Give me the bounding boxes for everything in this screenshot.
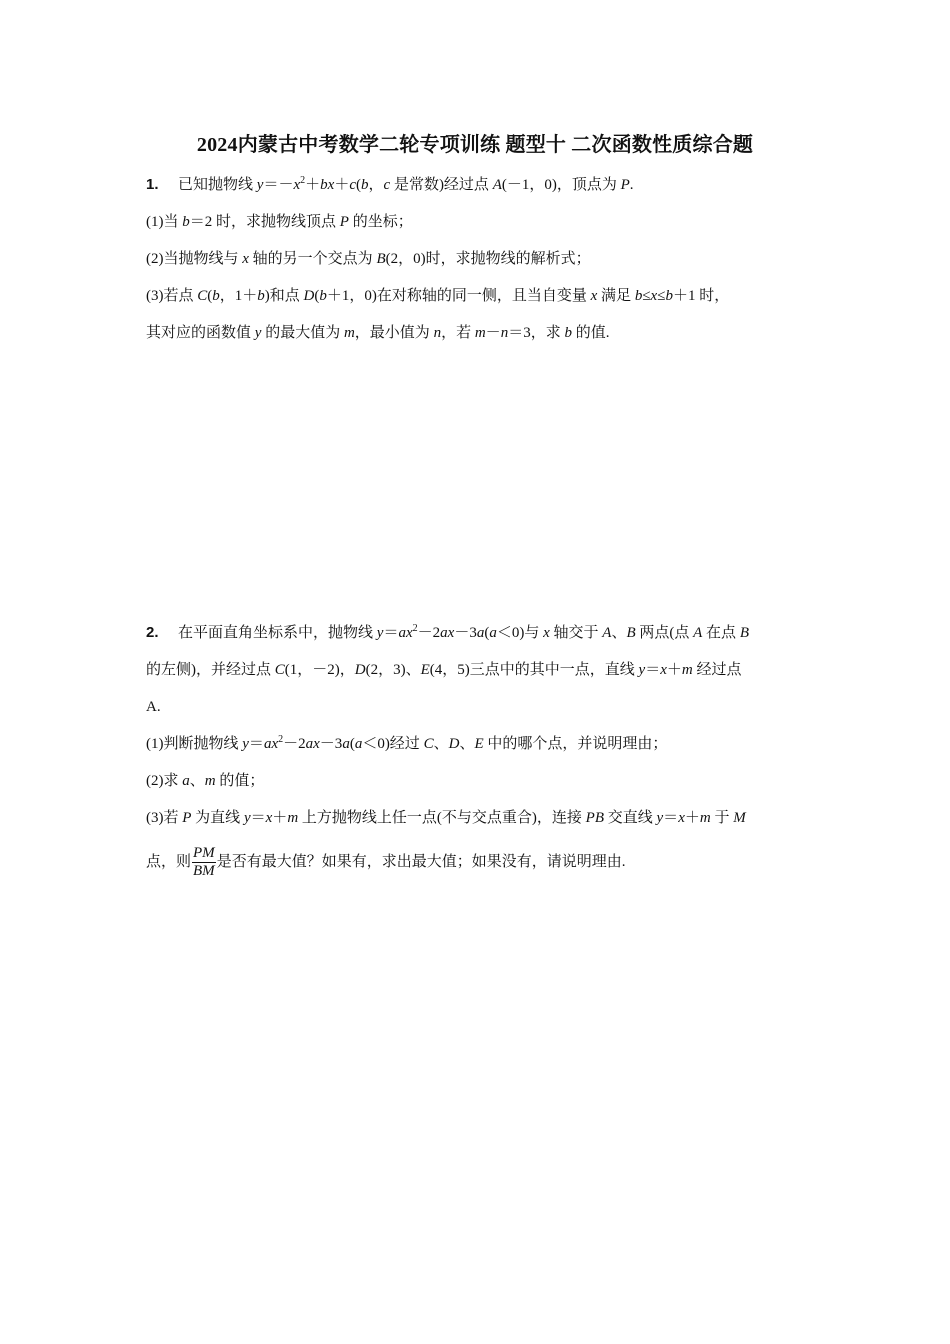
fraction-pm-bm: PMBM — [192, 845, 216, 880]
problem-2-stem-end: A. — [146, 697, 161, 717]
problem-2-part-1: (1)判断抛物线 y＝ax2－2ax－3a(a＜0)经过 C、D、E 中的哪个点… — [146, 734, 667, 754]
problem-2-stem-cont: 的左侧)，并经过点 C(1，－2)，D(2，3)、E(4，5)三点中的其中一点，… — [146, 660, 742, 680]
document-title: 2024内蒙古中考数学二轮专项训练 题型十 二次函数性质综合题 — [0, 128, 950, 157]
problem-1-stem: 1.已知抛物线 y＝－x2＋bx＋c(b，c 是常数)经过点 A(－1，0)，顶… — [146, 175, 634, 195]
problem-2-stem: 2.在平面直角坐标系中，抛物线 y＝ax2－2ax－3a(a＜0)与 x 轴交于… — [146, 623, 749, 643]
problem-number: 1. — [146, 175, 178, 195]
problem-1-part-1: (1)当 b＝2 时，求抛物线顶点 P 的坐标； — [146, 212, 413, 232]
problem-2-part-3: (3)若 P 为直线 y＝x＋m 上方抛物线上任一点(不与交点重合)，连接 PB… — [146, 808, 746, 828]
problem-2-part-3-cont: 点，则PMBM是否有最大值？如果有，求出最大值；如果没有，请说明理由. — [146, 845, 625, 880]
problem-1-part-3-cont: 其对应的函数值 y 的最大值为 m，最小值为 n，若 m－n＝3，求 b 的值. — [146, 323, 609, 343]
problem-1-part-2: (2)当抛物线与 x 轴的另一个交点为 B(2，0)时，求抛物线的解析式； — [146, 249, 591, 269]
problem-2-part-2: (2)求 a、m 的值； — [146, 771, 264, 791]
problem-1-part-3: (3)若点 C(b，1＋b)和点 D(b＋1，0)在对称轴的同一侧，且当自变量 … — [146, 286, 729, 306]
problem-number: 2. — [146, 623, 178, 643]
